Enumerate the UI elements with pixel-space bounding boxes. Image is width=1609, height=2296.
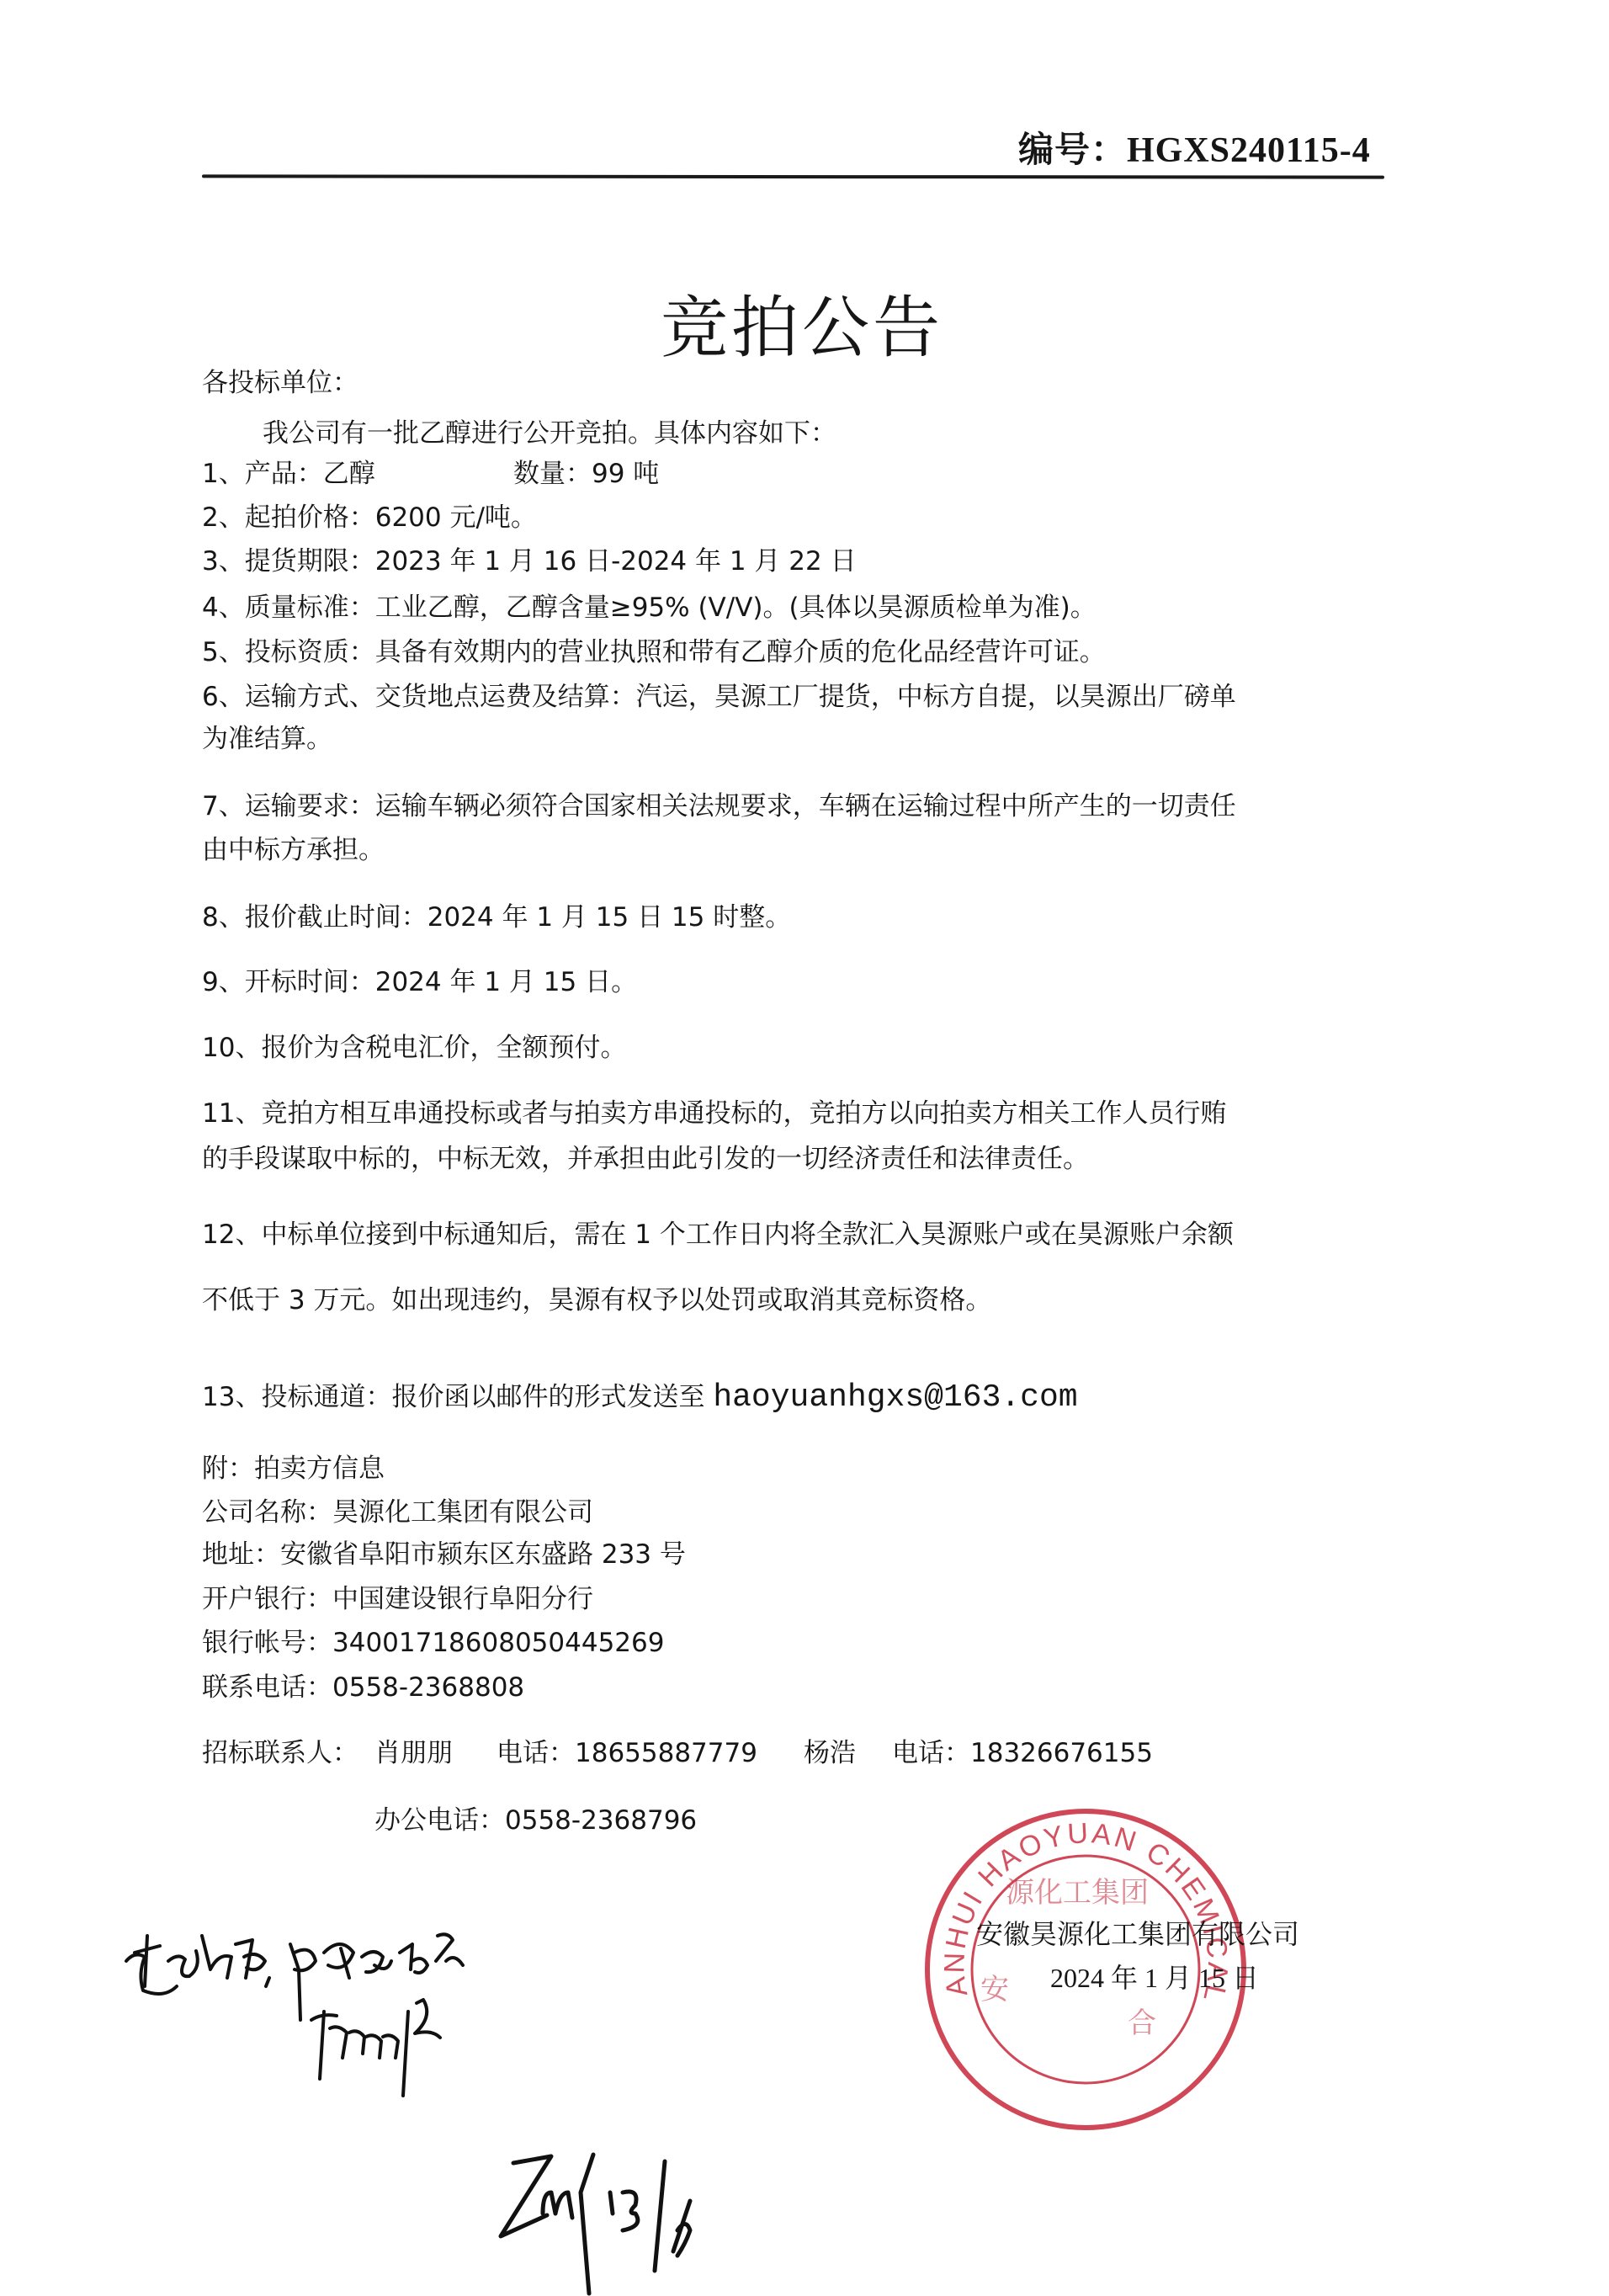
- document-number-value: HGXS240115-4: [1127, 131, 1371, 170]
- item-7-continued: 由中标方承担。: [202, 833, 385, 867]
- contact-phone-2: 电话：18326676155: [892, 1736, 1153, 1770]
- item-11: 11、竞拍方相互串通投标或者与拍卖方串通投标的，竞拍方以向拍卖方相关工作人员行贿: [202, 1097, 1226, 1130]
- item-1-quantity: 数量：99 吨: [513, 457, 659, 491]
- email-link[interactable]: haoyuanhgxs@163.com: [713, 1379, 1077, 1416]
- seller-bank: 开户银行：中国建设银行阜阳分行: [202, 1582, 593, 1616]
- seller-address: 地址：安徽省阜阳市颍东区东盛路 233 号: [202, 1538, 686, 1571]
- office-phone: 办公电话：0558-2368796: [374, 1804, 697, 1837]
- signature-company: 安徽昊源化工集团有限公司: [976, 1913, 1299, 1952]
- signature-date: 2024 年 1 月 15 日: [1050, 1957, 1259, 1996]
- header-divider: [202, 174, 1384, 178]
- handwritten-note-icon: [109, 1919, 581, 2138]
- page-title: 竞拍公告: [661, 274, 943, 370]
- intro-paragraph: 我公司有一批乙醇进行公开竞拍。具体内容如下：: [263, 417, 836, 450]
- svg-text:源化工集团: 源化工集团: [1006, 1876, 1149, 1910]
- salutation: 各投标单位：: [202, 366, 358, 400]
- contact-person-2: 杨浩: [804, 1736, 856, 1770]
- contact-phone-1: 电话：18655887779: [497, 1736, 757, 1770]
- seller-company: 公司名称：昊源化工集团有限公司: [202, 1496, 593, 1529]
- svg-text:合: 合: [1128, 2006, 1156, 2040]
- item-6: 6、运输方式、交货地点运费及结算：汽运，昊源工厂提货，中标方自提，以昊源出厂磅单: [202, 680, 1236, 714]
- contact-person-1: 肖朋朋: [374, 1736, 453, 1770]
- item-10: 10、报价为含税电汇价，全额预付。: [202, 1031, 626, 1065]
- item-12: 12、中标单位接到中标通知后，需在 1 个工作日内将全款汇入昊源账户或在昊源账户…: [202, 1218, 1234, 1252]
- item-11-continued: 的手段谋取中标的，中标无效，并承担由此引发的一切经济责任和法律责任。: [202, 1142, 1089, 1176]
- seller-phone: 联系电话：0558-2368808: [202, 1671, 524, 1704]
- item-6-continued: 为准结算。: [202, 722, 332, 756]
- handwritten-date-icon: [488, 2138, 724, 2296]
- item-4: 4、质量标准：工业乙醇，乙醇含量≥95% (V/V)。(具体以昊源质检单为准)。: [202, 591, 1097, 624]
- contact-label: 招标联系人：: [202, 1736, 358, 1770]
- item-7: 7、运输要求：运输车辆必须符合国家相关法规要求，车辆在运输过程中所产生的一切责任: [202, 789, 1236, 823]
- item-12-continued: 不低于 3 万元。如出现违约，昊源有权予以处罚或取消其竞标资格。: [202, 1284, 991, 1317]
- item-9: 9、开标时间：2024 年 1 月 15 日。: [202, 965, 637, 999]
- item-8: 8、报价截止时间：2024 年 1 月 15 日 15 时整。: [202, 901, 791, 934]
- document-number-label: 编号：: [1018, 131, 1127, 170]
- item-1: 1、产品：乙醇: [202, 457, 375, 491]
- svg-text:安: 安: [980, 1973, 1009, 2006]
- item-13: 13、投标通道：报价函以邮件的形式发送至 haoyuanhgxs@163.com: [202, 1380, 1078, 1415]
- item-5: 5、投标资质：具备有效期内的营业执照和带有乙醇介质的危化品经营许可证。: [202, 635, 1106, 669]
- document-number: 编号：HGXS240115-4: [1018, 122, 1371, 173]
- seller-heading: 附：拍卖方信息: [202, 1452, 385, 1485]
- item-2: 2、起拍价格：6200 元/吨。: [202, 501, 537, 534]
- seller-account: 银行帐号：34001718608050445269: [202, 1626, 664, 1660]
- item-3: 3、提货期限：2023 年 1 月 16 日-2024 年 1 月 22 日: [202, 545, 857, 578]
